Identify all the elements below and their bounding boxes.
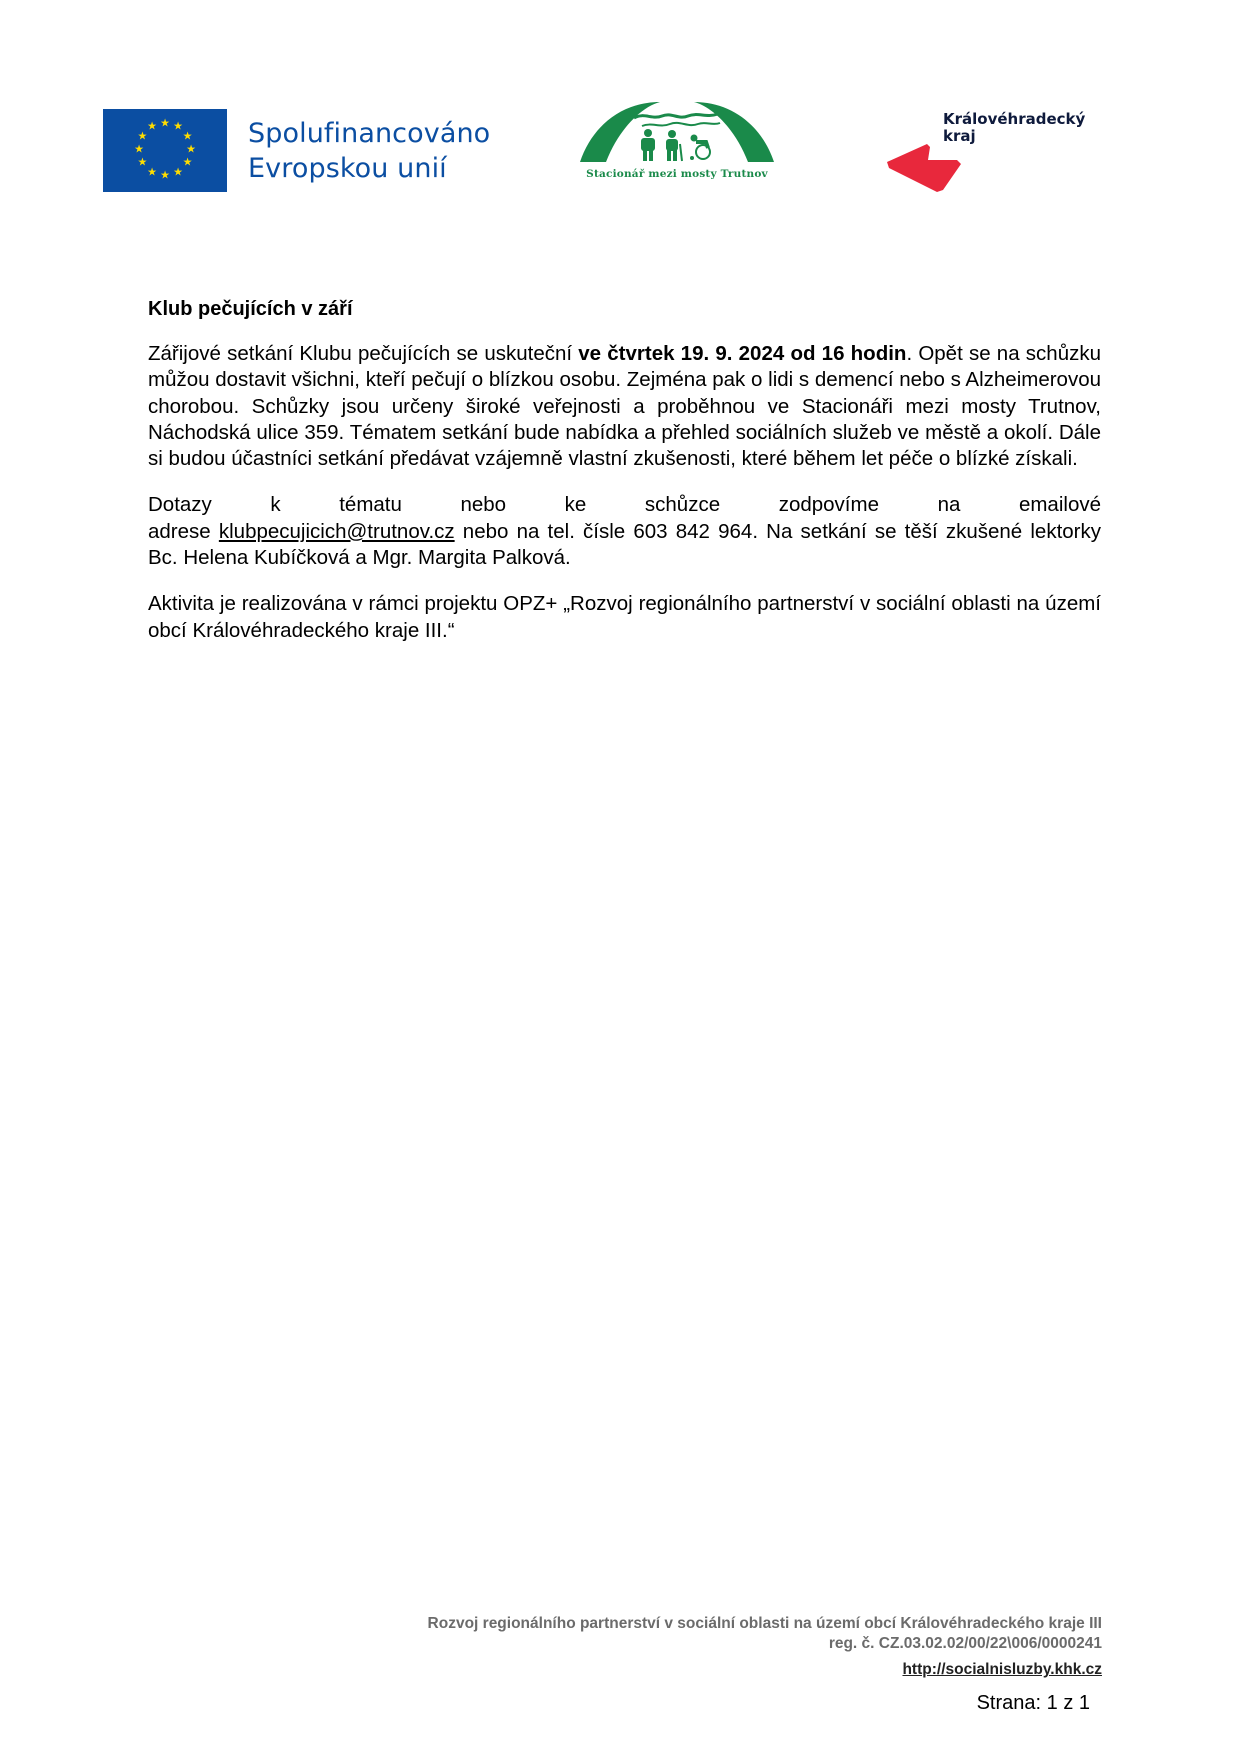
stacionar-logo-caption: Stacionář mezi mosty Trutnov — [572, 168, 782, 180]
footer-registration-line: reg. č. CZ.03.02.02/00/22\006/0000241 — [428, 1634, 1102, 1654]
eu-logo-line1: Spolufinancováno — [248, 116, 490, 151]
eu-logo-line2: Evropskou unií — [248, 151, 490, 186]
paragraph-project: Aktivita je realizována v rámci projektu… — [148, 591, 1101, 644]
eu-star-icon: ★ — [182, 132, 193, 143]
page-footer: Rozvoj regionálního partnerství v sociál… — [428, 1614, 1102, 1679]
footer-project-line: Rozvoj regionálního partnerství v sociál… — [428, 1614, 1102, 1634]
khk-red-shape-icon — [885, 142, 965, 194]
eu-star-icon: ★ — [137, 132, 148, 143]
paragraph-intro: Zářijové setkání Klubu pečujících se usk… — [148, 342, 578, 365]
khk-logo-text: Královéhradecký kraj — [943, 111, 1085, 145]
eu-star-icon: ★ — [182, 158, 193, 169]
eu-cofinanced-logo: ★★★★★★★★★★★★ Spolufinancováno Evropskou … — [103, 109, 490, 192]
eu-star-icon: ★ — [186, 145, 197, 156]
eu-star-icon: ★ — [173, 167, 184, 178]
khk-logo-line1: Královéhradecký — [943, 111, 1085, 128]
stacionar-logo: Stacionář mezi mosty Trutnov — [572, 96, 782, 186]
contact-line1: Dotazy k tématu nebo ke schůzce zodpovím… — [148, 492, 1101, 518]
eu-star-icon: ★ — [147, 122, 158, 133]
eu-flag-icon: ★★★★★★★★★★★★ — [103, 109, 227, 192]
contact-before-email: adrese — [148, 520, 219, 543]
page-number: Strana: 1 z 1 — [977, 1692, 1090, 1715]
eu-star-icon: ★ — [147, 167, 158, 178]
email-link[interactable]: klubpecujicich@trutnov.cz — [219, 520, 455, 543]
paragraph-meeting-info: Zářijové setkání Klubu pečujících se usk… — [148, 341, 1101, 472]
eu-logo-text: Spolufinancováno Evropskou unií — [248, 116, 490, 186]
eu-star-icon: ★ — [134, 145, 145, 156]
eu-star-icon: ★ — [160, 171, 171, 182]
eu-star-icon: ★ — [137, 158, 148, 169]
paragraph-contact: Dotazy k tématu nebo ke schůzce zodpovím… — [148, 492, 1101, 571]
document-body: Klub pečujících v září Zářijové setkání … — [148, 296, 1101, 664]
meeting-date-time: ve čtvrtek 19. 9. 2024 od 16 hodin — [578, 342, 906, 365]
footer-website-link[interactable]: http://socialnisluzby.khk.cz — [902, 1661, 1102, 1679]
kralovehradecky-kraj-logo: Královéhradecký kraj — [885, 108, 1105, 198]
eu-star-icon: ★ — [160, 119, 171, 130]
document-title: Klub pečujících v září — [148, 296, 1101, 322]
bridge-people-icon — [572, 96, 782, 171]
